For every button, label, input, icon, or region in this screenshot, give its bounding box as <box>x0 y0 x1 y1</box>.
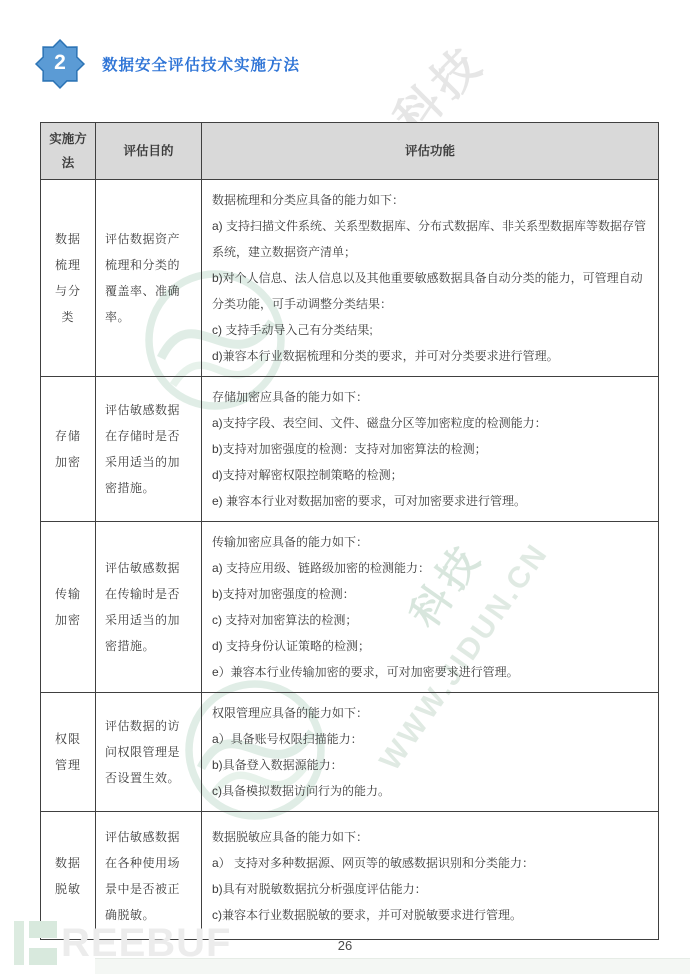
function-line: b)具有对脱敏数据抗分析强度评估能力： <box>212 876 648 902</box>
table-row: 权限管理评估数据的访问权限管理是否设置生效。权限管理应具备的能力如下：a）具备账… <box>41 693 659 812</box>
function-line: d)支持对解密权限控制策略的检测； <box>212 462 648 488</box>
function-line: b)支持对加密强度的检测： <box>212 581 648 607</box>
function-line: b)支持对加密强度的检测：支持对加密算法的检测； <box>212 436 648 462</box>
header-method: 实施方法 <box>41 123 96 180</box>
method-cell: 存储加密 <box>41 377 96 522</box>
purpose-cell: 评估敏感数据在传输时是否采用适当的加密措施。 <box>96 522 202 693</box>
purpose-cell: 评估数据的访问权限管理是否设置生效。 <box>96 693 202 812</box>
function-line: e) 兼容本行业对数据加密的要求，可对加密要求进行管理。 <box>212 488 648 514</box>
function-cell: 数据脱敏应具备的能力如下：a） 支持对多种数据源、网页等的敏感数据识别和分类能力… <box>202 812 659 940</box>
method-cell: 权限管理 <box>41 693 96 812</box>
section-title: 数据安全评估技术实施方法 <box>102 53 300 75</box>
function-line: c)具备模拟数据访问行为的能力。 <box>212 778 648 804</box>
function-cell: 权限管理应具备的能力如下：a）具备账号权限扫描能力：b)具备登入数据源能力：c)… <box>202 693 659 812</box>
table-header-row: 实施方法 评估目的 评估功能 <box>41 123 659 180</box>
purpose-cell: 评估数据资产梳理和分类的覆盖率、准确率。 <box>96 180 202 377</box>
function-line: 存储加密应具备的能力如下： <box>212 384 648 410</box>
function-line: d) 支持身份认证策略的检测； <box>212 633 648 659</box>
method-cell: 传输加密 <box>41 522 96 693</box>
method-cell: 数据梳理与分类 <box>41 180 96 377</box>
function-line: 数据脱敏应具备的能力如下： <box>212 824 648 850</box>
function-line: e）兼容本行业传输加密的要求，可对加密要求进行管理。 <box>212 659 648 685</box>
function-line: 数据梳理和分类应具备的能力如下： <box>212 187 648 213</box>
function-cell: 存储加密应具备的能力如下：a)支持字段、表空间、文件、磁盘分区等加密粒度的检测能… <box>202 377 659 522</box>
table-body: 数据梳理与分类评估数据资产梳理和分类的覆盖率、准确率。数据梳理和分类应具备的能力… <box>41 180 659 940</box>
assessment-table: 实施方法 评估目的 评估功能 数据梳理与分类评估数据资产梳理和分类的覆盖率、准确… <box>40 122 659 940</box>
header-purpose: 评估目的 <box>96 123 202 180</box>
assessment-table-wrapper: 实施方法 评估目的 评估功能 数据梳理与分类评估数据资产梳理和分类的覆盖率、准确… <box>40 122 659 940</box>
function-line: a）具备账号权限扫描能力： <box>212 726 648 752</box>
function-line: c) 支持手动导入己有分类结果; <box>212 317 648 343</box>
function-line: 权限管理应具备的能力如下： <box>212 700 648 726</box>
function-cell: 传输加密应具备的能力如下：a) 支持应用级、链路级加密的检测能力：b)支持对加密… <box>202 522 659 693</box>
document-page: { "header": { "badge_number": "2", "titl… <box>0 0 690 974</box>
function-line: a) 支持扫描文件系统、关系型数据库、分布式数据库、非关系型数据库等数据存管系统… <box>212 213 648 265</box>
function-line: a） 支持对多种数据源、网页等的敏感数据识别和分类能力： <box>212 850 648 876</box>
page-number: 26 <box>0 938 690 953</box>
function-line: 传输加密应具备的能力如下： <box>212 529 648 555</box>
function-line: b)具备登入数据源能力： <box>212 752 648 778</box>
table-row: 存储加密评估敏感数据在存储时是否采用适当的加密措施。存储加密应具备的能力如下：a… <box>41 377 659 522</box>
table-row: 传输加密评估敏感数据在传输时是否采用适当的加密措施。传输加密应具备的能力如下：a… <box>41 522 659 693</box>
section-header: 2 数据安全评估技术实施方法 <box>34 38 300 90</box>
function-line: c)兼容本行业数据脱敏的要求，并可对脱敏要求进行管理。 <box>212 902 648 928</box>
section-number: 2 <box>34 38 86 90</box>
header-function: 评估功能 <box>202 123 659 180</box>
function-line: b)对个人信息、法人信息以及其他重要敏感数据具备自动分类的能力，可管理自动分类功… <box>212 265 648 317</box>
function-cell: 数据梳理和分类应具备的能力如下：a) 支持扫描文件系统、关系型数据库、分布式数据… <box>202 180 659 377</box>
table-row: 数据梳理与分类评估数据资产梳理和分类的覆盖率、准确率。数据梳理和分类应具备的能力… <box>41 180 659 377</box>
purpose-cell: 评估敏感数据在存储时是否采用适当的加密措施。 <box>96 377 202 522</box>
function-line: a) 支持应用级、链路级加密的检测能力： <box>212 555 648 581</box>
section-number-badge: 2 <box>34 38 86 90</box>
function-line: a)支持字段、表空间、文件、磁盘分区等加密粒度的检测能力： <box>212 410 648 436</box>
function-line: c) 支持对加密算法的检测； <box>212 607 648 633</box>
function-line: d)兼容本行业数据梳理和分类的要求，并可对分类要求进行管理。 <box>212 343 648 369</box>
